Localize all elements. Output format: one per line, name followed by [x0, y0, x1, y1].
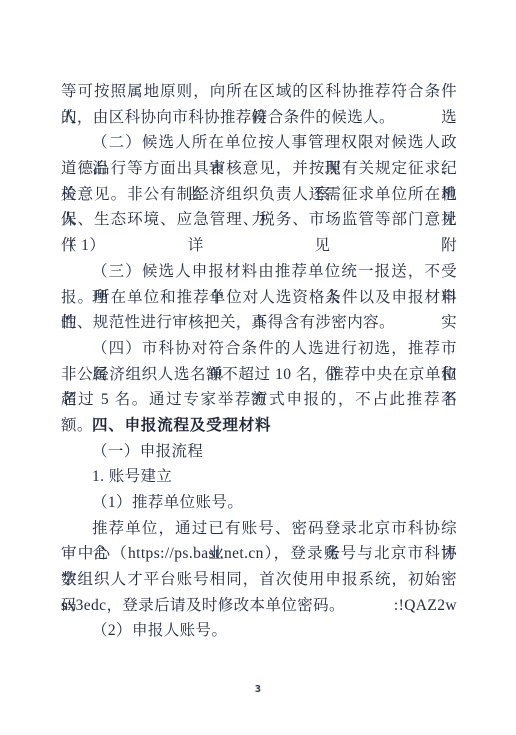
text-line: （二）候选人所在单位按人事管理权限对候选人政治表现、: [61, 130, 457, 156]
text-line: （1）推荐单位账号。: [61, 490, 457, 516]
text-line: （三）候选人申报材料由推荐单位统一报送，不受理个人申: [61, 259, 457, 285]
text-line: （2）申报人账号。: [61, 618, 457, 644]
text-line: 超过 5 名。通过专家举荐方式申报的，不占此推荐名额。: [61, 387, 457, 413]
text-line: （四）市科协对符合条件的人选进行初选，推荐市属单位和: [61, 336, 457, 362]
text-line: 保、生态环境、应急管理、税务、市场监管等部门意见（详见附: [61, 207, 457, 233]
document-page: 等可按照属地原则，向所在区域的区科协推荐符合条件的候选人，由区科协向市科协推荐符…: [0, 0, 516, 735]
text-line: 道德品行等方面出具审核意见，并按照有关规定征求纪检监察机: [61, 156, 457, 182]
text-line: 1. 账号建立: [61, 464, 457, 490]
page-number: 3: [0, 684, 516, 695]
text-line: 报。所在单位和推荐单位对人选资格条件以及申报材料的真实: [61, 285, 457, 311]
text-line: 推荐单位，通过已有账号、密码登录北京市科协综合业务评: [61, 516, 457, 542]
text-line: 非公经济组织人选名额不超过 10 名，推荐中央在京单位名额不: [61, 362, 457, 388]
text-line: 审中心（https://ps.bast.net.cn），登录账号与北京市科协数: [61, 541, 457, 567]
text-line: （一）申报流程: [61, 439, 457, 465]
page-content: 等可按照属地原则，向所在区域的区科协推荐符合条件的候选人，由区科协向市科协推荐符…: [61, 79, 457, 644]
section-heading: 四、申报流程及受理材料: [61, 413, 457, 439]
text-line: 等可按照属地原则，向所在区域的区科协推荐符合条件的候选: [61, 79, 457, 105]
text-line: 字组织人才平台账号相同，首次使用申报系统，初始密码:!QAZ2w: [61, 567, 457, 593]
text-line: 关意见。非公有制经济组织负责人还需征求单位所在地人力社: [61, 182, 457, 208]
